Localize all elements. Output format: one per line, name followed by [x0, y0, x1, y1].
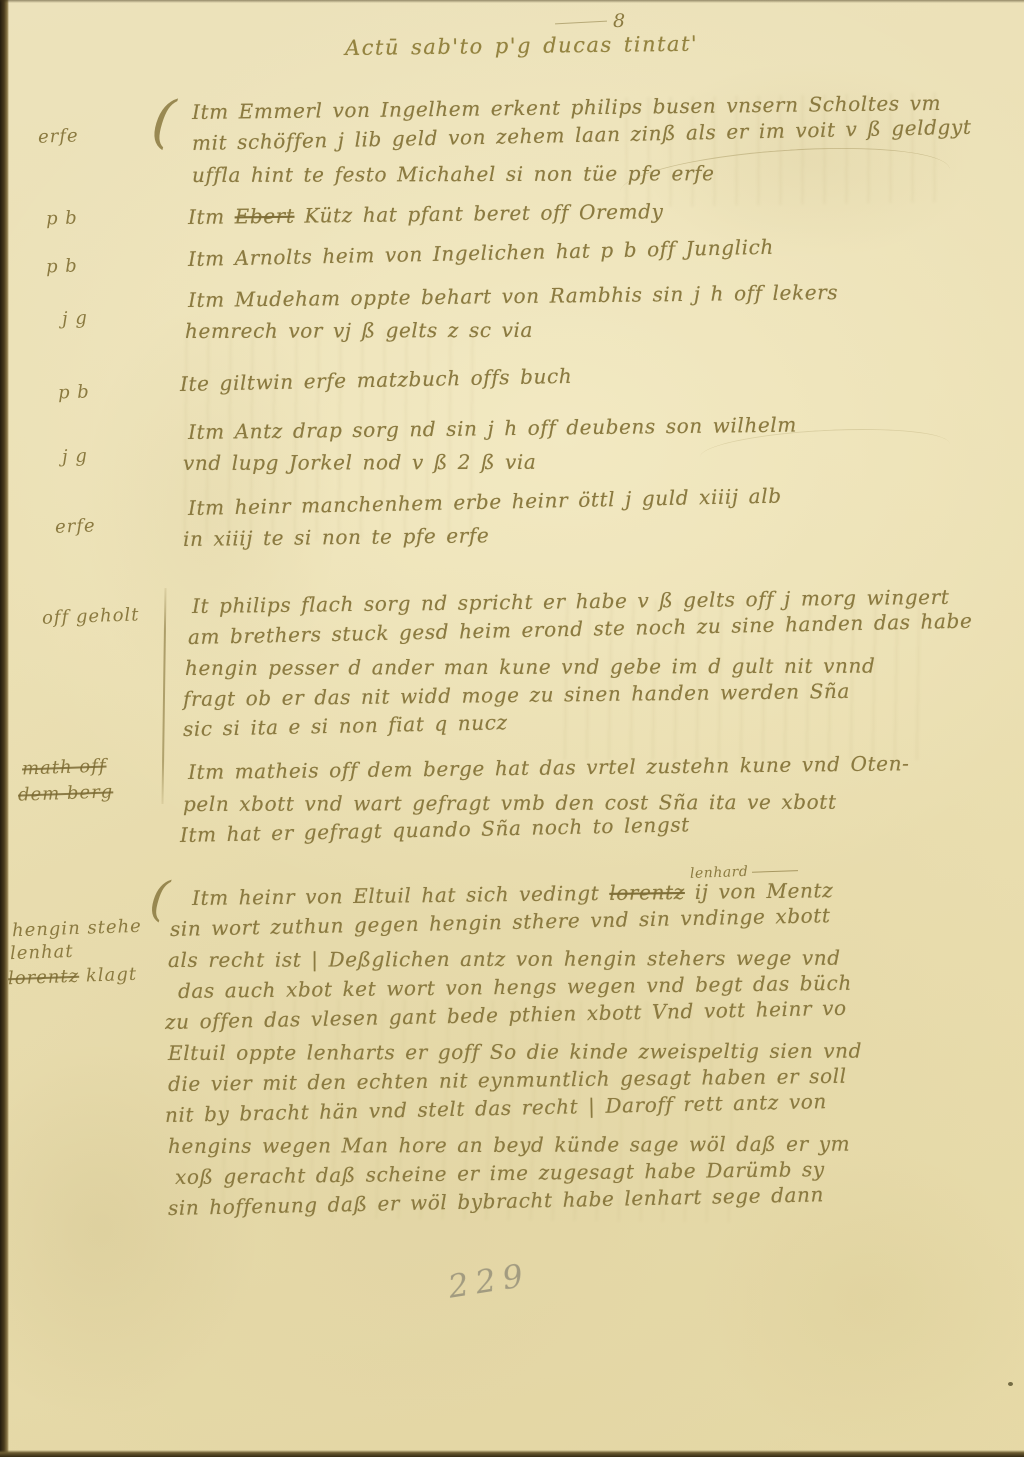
- text-line: hengins wegen Man hore an beyd künde sag…: [168, 1132, 850, 1158]
- paragraph-mark: (: [148, 874, 172, 924]
- text-line: Ite giltwin erfe matzbuch offs buch: [180, 364, 573, 396]
- text-segment: Itm: [188, 204, 235, 229]
- text-line: uffla hint te festo Michahel si non tüe …: [192, 161, 715, 187]
- margin-note: j g: [62, 446, 89, 468]
- margin-note: j g: [62, 308, 89, 330]
- margin-note: p b: [46, 207, 78, 229]
- text-line: fragt ob er das nit widd moge zu sinen h…: [183, 679, 850, 711]
- margin-note: hengin stehe: [12, 916, 142, 942]
- text-line: Itm Mudeham oppte behart von Rambhis sin…: [188, 280, 839, 312]
- text-segment: Kütz hat pfant beret off Oremdy: [294, 199, 663, 228]
- text-segment: klagt: [79, 964, 138, 987]
- text-line: als recht ist | Deßglichen antz von heng…: [168, 946, 841, 972]
- text-line: peln xbott vnd wart gefragt vmb den cost…: [183, 790, 837, 816]
- page-heading: Actū sab'to p'g ducas tintat': [345, 32, 699, 60]
- text-line: in xiiij te si non te pfe erfe: [183, 523, 490, 551]
- text-line: sin hoffenung daß er wöl bybracht habe l…: [168, 1182, 824, 1220]
- text-line: vnd lupg Jorkel nod v ß 2 ß via: [183, 450, 536, 475]
- page-bottom-edge: [0, 1450, 1024, 1457]
- text-line: sic si ita e si non fiat q nucz: [183, 710, 508, 741]
- page-top-edge: [0, 0, 1024, 3]
- text-segment: ij von Mentz: [685, 878, 834, 904]
- text-line: Itm matheis off dem berge hat das vrtel …: [188, 751, 910, 784]
- quire-mark: 8: [555, 10, 627, 32]
- margin-note: lenhat: [10, 941, 74, 964]
- paragraph-mark: (: [149, 91, 178, 151]
- text-line: hengin pesser d ander man kune vnd gebe …: [185, 654, 875, 680]
- page-binding-edge: [0, 0, 9, 1457]
- margin-note: lorentz klagt: [8, 964, 138, 989]
- margin-note-struck: dem berg: [18, 781, 114, 805]
- margin-note-struck: math off: [22, 756, 107, 780]
- margin-note: off geholt: [42, 604, 140, 628]
- parchment-stain: [0, 1040, 260, 1420]
- text-line: Itm Ebert Kütz hat pfant beret off Oremd…: [188, 199, 664, 229]
- struck-word: lorentz: [609, 880, 685, 905]
- margin-note: erfe: [55, 515, 96, 537]
- ink-speck: [1008, 1382, 1013, 1386]
- text-line: hemrech vor vj ß gelts z sc via: [185, 318, 533, 343]
- folio-number: 229: [446, 1256, 533, 1306]
- text-line: Itm hat er gefragt quando Sña noch to le…: [180, 812, 690, 847]
- margin-bracket-line: [161, 588, 166, 804]
- manuscript-page: 8 Actū sab'to p'g ducas tintat' ( erfe I…: [0, 0, 1024, 1457]
- struck-word: lorentz: [8, 966, 80, 989]
- margin-note: p b: [58, 381, 90, 403]
- text-line: Itm Arnolts heim von Ingelichen hat p b …: [188, 235, 774, 271]
- margin-note: p b: [46, 255, 78, 277]
- text-line: Itm Antz drap sorg nd sin j h off deuben…: [188, 413, 797, 444]
- text-line: Eltuil oppte lenharts er goff So die kin…: [168, 1039, 862, 1065]
- text-line: Itm heinr manchenhem erbe heinr öttl j g…: [188, 484, 782, 520]
- struck-word: Ebert: [235, 204, 295, 229]
- text-segment: Itm heinr von Eltuil hat sich vedingt: [192, 881, 610, 910]
- margin-note: erfe: [38, 125, 79, 147]
